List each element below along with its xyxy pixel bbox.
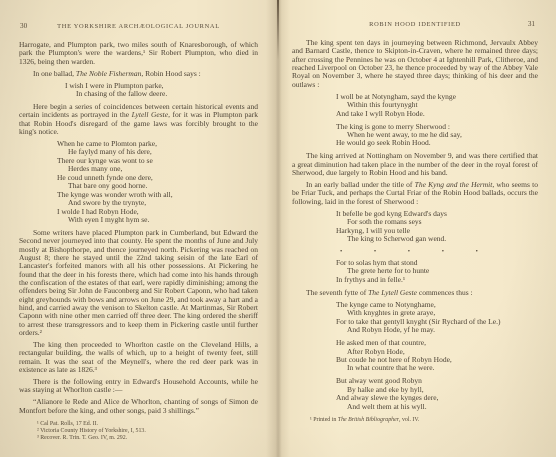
left-footnotes: ¹ Cal Pat. Rolls, 17 Ed. II. ² Victoria …: [19, 421, 258, 442]
footnote: ¹ Cal Pat. Rolls, 17 Ed. II.: [37, 421, 258, 428]
left-page-number: 30: [20, 22, 27, 30]
left-page-body: Harrogate, and Plumpton park, two miles …: [19, 41, 258, 442]
stanza-separator: • • • • •: [292, 248, 538, 255]
verse-line: He would go seek Robin Hood.: [336, 139, 538, 147]
verse-stanza: The king is gone to merry Sherwood : Whe…: [292, 123, 538, 148]
paragraph: There is the following entry in Edward's…: [19, 378, 258, 395]
italic-title: The British Bibliographer: [338, 417, 399, 423]
verse-line: And Robyn Hode, yf he may.: [336, 326, 538, 334]
paragraph: In one ballad, The Noble Fisherman, Robi…: [19, 70, 258, 78]
verse-line: With eyen I myght hym se.: [57, 216, 258, 224]
verse-line: The king to Scherwod gan wend.: [336, 235, 538, 243]
verse-stanza: I wish I were in Plumpton parke, In chas…: [19, 82, 258, 99]
text-run: commences thus :: [417, 288, 473, 297]
verse-stanza: For to solas hym that stond The grete he…: [292, 259, 538, 284]
left-page-header: 30 THE YORKSHIRE ARCHÆOLOGICAL JOURNAL: [19, 22, 258, 32]
verse-line: And welt them at his wyll.: [336, 403, 538, 411]
right-page-body: The king spent ten days in journeying be…: [292, 39, 538, 424]
book-scan: 30 THE YORKSHIRE ARCHÆOLOGICAL JOURNAL H…: [0, 0, 556, 457]
verse-stanza: When he came to Plomton parke, He faylyd…: [19, 140, 258, 225]
right-page-number: 31: [528, 20, 535, 28]
text-run: ¹ Printed in: [310, 417, 338, 423]
verse-stanza: The kynge came to Notynghame, With knygh…: [292, 301, 538, 335]
text-run: , Robin Hood says :: [141, 69, 200, 78]
paragraph: In an early ballad under the title of Th…: [292, 181, 538, 206]
paragraph: “Alianore le Rede and Alice de Whorlton,…: [19, 398, 258, 415]
verse-line: In chasing of the fallow deere.: [65, 90, 258, 98]
footnote: ¹ Printed in The British Bibliographer, …: [310, 417, 538, 424]
paragraph: Here begin a series of coincidences betw…: [19, 103, 258, 136]
paragraph: Harrogate, and Plumpton park, two miles …: [19, 41, 258, 66]
right-page-header: ROBIN HOOD IDENTIFIED 31: [292, 20, 538, 30]
paragraph: The king spent ten days in journeying be…: [292, 39, 538, 89]
verse-stanza: He asked men of that countre, After Roby…: [292, 339, 538, 373]
paragraph: The king then proceeded to Whorlton cast…: [19, 341, 258, 374]
text-run: , vol. IV.: [399, 417, 419, 423]
verse-stanza: It befelle be god kyng Edward's days For…: [292, 210, 538, 244]
verse-line: In what countre that he were.: [336, 364, 538, 372]
footnote: ² Victoria County History of Yorkshire, …: [37, 428, 258, 435]
left-page: 30 THE YORKSHIRE ARCHÆOLOGICAL JOURNAL H…: [0, 0, 278, 457]
italic-title: The Noble Fisherman: [76, 69, 141, 78]
verse-stanza: But alway went good Robyn By halke and e…: [292, 377, 538, 411]
left-running-head: THE YORKSHIRE ARCHÆOLOGICAL JOURNAL: [19, 22, 258, 30]
text-run: In one ballad,: [33, 69, 76, 78]
italic-title: The Lytell Geste: [368, 288, 417, 297]
text-run: The seventh fytte of: [306, 288, 368, 297]
right-page: ROBIN HOOD IDENTIFIED 31 The king spent …: [278, 0, 556, 457]
verse-line: And take I wyll Robyn Hode.: [336, 110, 538, 118]
footnote: ³ Recover. R. Trin. T. Geo. IV, m. 292.: [37, 435, 258, 442]
verse-line: In frythys and in felle.¹: [336, 276, 538, 284]
paragraph: The seventh fytte of The Lytell Geste co…: [292, 289, 538, 297]
paragraph: Some writers have placed Plumpton park i…: [19, 229, 258, 337]
verse-stanza: I woll be at Notyngham, sayd the kynge W…: [292, 93, 538, 118]
paragraph: The king arrived at Nottingham on Novemb…: [292, 152, 538, 177]
right-footnotes: ¹ Printed in The British Bibliographer, …: [292, 417, 538, 424]
right-running-head: ROBIN HOOD IDENTIFIED: [292, 20, 538, 28]
